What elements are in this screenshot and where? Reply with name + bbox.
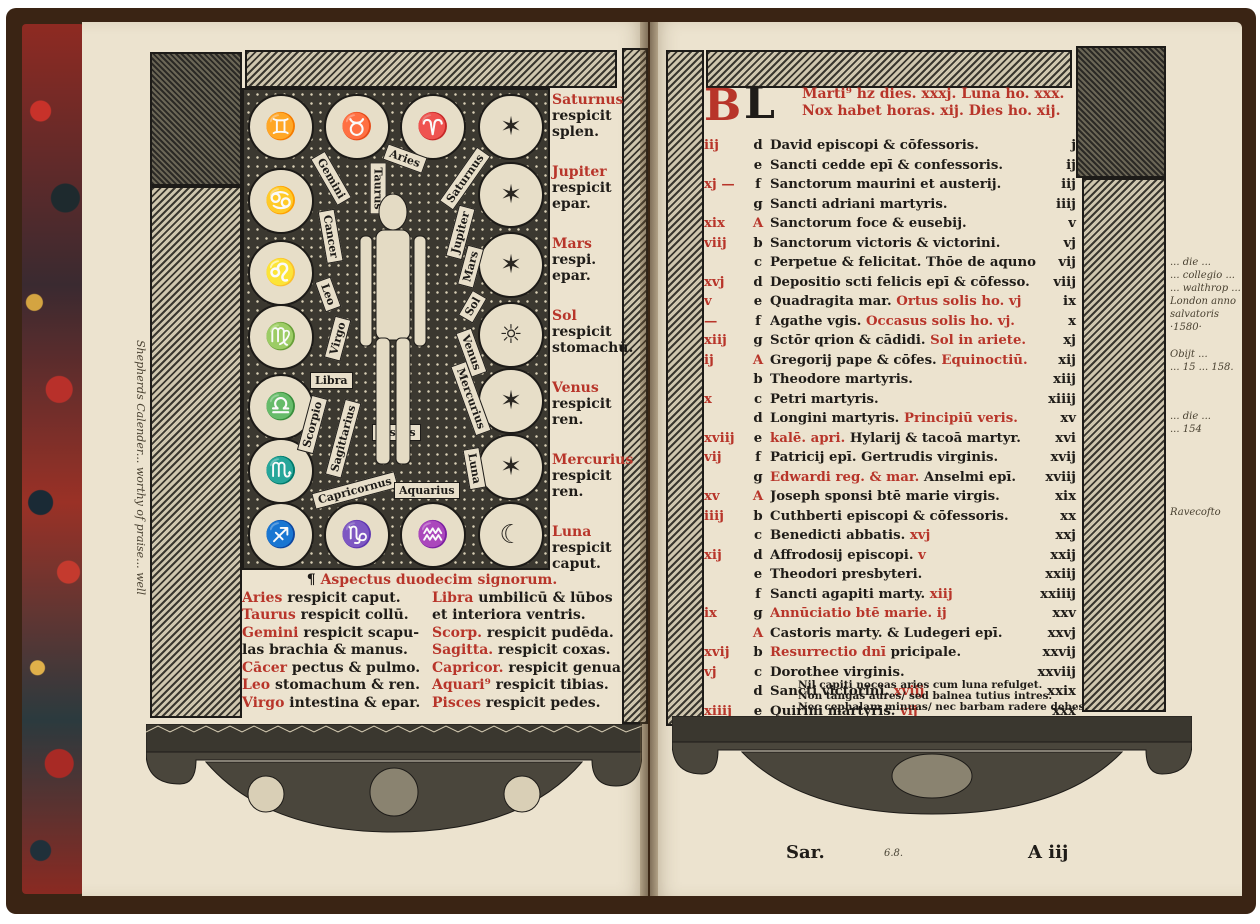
calendar-row: eSancti cedde epī & confessoris.ij bbox=[704, 156, 1076, 176]
day-number: xij bbox=[1036, 351, 1076, 371]
feast-text: Resurrectio dnī pricipale. bbox=[770, 643, 1036, 663]
dominical-letter: A bbox=[746, 624, 770, 644]
pencil-foliation: 6.8. bbox=[884, 848, 903, 859]
pilcrow-icon: ¶ bbox=[307, 572, 321, 588]
golden-number: v bbox=[704, 292, 746, 312]
aspect-line: Virgo intestina & epar. bbox=[242, 695, 432, 713]
golden-number: xiij bbox=[704, 331, 746, 351]
calendar-row: xvijbResurrectio dnī pricipale. xxvij bbox=[704, 643, 1076, 663]
calendar-row: xijdAffrodosij episcopi. vxxij bbox=[704, 546, 1076, 566]
feast-name: Sanctorum foce & eusebij. bbox=[770, 216, 967, 231]
golden-number: vij bbox=[704, 448, 746, 468]
feast-name: Theodore martyris. bbox=[770, 372, 913, 387]
virgo-medallion: ♍ bbox=[248, 304, 314, 370]
day-number: xiij bbox=[1036, 370, 1076, 390]
feast-name: Affrodosij episcopi. bbox=[770, 548, 918, 563]
dominical-letter: e bbox=[746, 292, 770, 312]
feast-name: David episcopi & cōfessoris. bbox=[770, 138, 979, 153]
feast-name: Anselmi epī. bbox=[924, 470, 1016, 485]
golden-number: xv bbox=[704, 487, 746, 507]
feast-text: Sancti agapiti marty. xiij bbox=[770, 585, 1036, 605]
handwritten-margin-note-left: Shepherds Calender... worthy of praise..… bbox=[133, 340, 147, 600]
feast-name: Sctōr qrion & cādidi. bbox=[770, 333, 930, 348]
month-heading: Marti⁹ hz dies. xxxj. Luna ho. xxx. Nox … bbox=[802, 86, 1064, 120]
dominical-letter: d bbox=[746, 546, 770, 566]
day-number: xxvij bbox=[1036, 643, 1076, 663]
feast-name: Sanctorum maurini et austerij. bbox=[770, 177, 1001, 192]
golden-number: xvj bbox=[704, 273, 746, 293]
aspect-line: Leo stomachum & ren. bbox=[242, 677, 432, 695]
aspect-column-left: Aries respicit caput. Taurus respicit co… bbox=[242, 590, 432, 713]
calendar-row: xj —fSanctorum maurini et austerij.iij bbox=[704, 175, 1076, 195]
calendar-row: bTheodore martyris.xiij bbox=[704, 370, 1076, 390]
feast-text: Affrodosij episcopi. v bbox=[770, 546, 1036, 566]
ornamental-border-left bbox=[150, 186, 242, 718]
aspect-line: Aries respicit caput. bbox=[242, 590, 432, 608]
calendar-row: xcPetri martyris.xiiij bbox=[704, 390, 1076, 410]
day-number: iij bbox=[1036, 175, 1076, 195]
dominical-letter: f bbox=[746, 175, 770, 195]
dominical-letter: g bbox=[746, 331, 770, 351]
ornamental-border-gutter-right bbox=[666, 50, 704, 726]
day-number: v bbox=[1036, 214, 1076, 234]
day-number: xxj bbox=[1036, 526, 1076, 546]
feast-text: Sancti adriani martyris. bbox=[770, 195, 1036, 215]
feast-name: Longini martyris. bbox=[770, 411, 904, 426]
calendar-row: xvAJoseph sponsi btē marie virgis.xix bbox=[704, 487, 1076, 507]
dominical-letter: g bbox=[746, 604, 770, 624]
day-number: xxij bbox=[1036, 546, 1076, 566]
calendar-row: dLongini martyris. Principiū veris.xv bbox=[704, 409, 1076, 429]
aspectus-signorum-block: ¶ Aspectus duodecim signorum. Aries resp… bbox=[242, 572, 622, 712]
anatomical-man-figure bbox=[354, 190, 432, 470]
feast-name: Quadragita mar. bbox=[770, 294, 896, 309]
golden-number bbox=[704, 253, 746, 273]
rubric-text: Sol in ariete. bbox=[930, 333, 1026, 348]
dominical-letter: d bbox=[746, 682, 770, 702]
rubric-text: Principiū veris. bbox=[904, 411, 1018, 426]
feast-text: Sancti cedde epī & confessoris. bbox=[770, 156, 1036, 176]
feast-text: Cuthberti episcopi & cōfessoris. bbox=[770, 507, 1036, 527]
aspect-line: Aquari⁹ respicit tibias. bbox=[432, 677, 622, 695]
day-number: iiij bbox=[1036, 195, 1076, 215]
planet-entry-mercurius: Mercurius respicit ren. bbox=[552, 452, 626, 500]
feast-text: Petri martyris. bbox=[770, 390, 1036, 410]
golden-number bbox=[704, 624, 746, 644]
calendar-row: ACastoris marty. & Ludegeri epī.xxvj bbox=[704, 624, 1076, 644]
feast-text: Longini martyris. Principiū veris. bbox=[770, 409, 1036, 429]
calendar-row: —fAgathe vgis. Occasus solis ho. vj.x bbox=[704, 312, 1076, 332]
day-number: xvij bbox=[1036, 448, 1076, 468]
golden-number: vj bbox=[704, 663, 746, 683]
feast-text: Annūciatio btē marie. ij bbox=[770, 604, 1036, 624]
golden-number: viij bbox=[704, 234, 746, 254]
dominical-letter: b bbox=[746, 234, 770, 254]
feast-text: kalē. apri. Hylarij & tacoā martyr. bbox=[770, 429, 1036, 449]
feast-text: Theodori presbyteri. bbox=[770, 565, 1036, 585]
aries-medallion: ♈ bbox=[400, 94, 466, 160]
golden-number bbox=[704, 195, 746, 215]
leo-medallion: ♌ bbox=[248, 240, 314, 306]
label-libra: Libra bbox=[310, 372, 353, 389]
planet-entry-jupiter: Jupiter respicit epar. bbox=[552, 164, 626, 212]
feast-text: David episcopi & cōfessoris. bbox=[770, 136, 1036, 156]
aspect-line: Cācer pectus & pulmo. bbox=[242, 660, 432, 678]
feast-text: Depositio scti felicis epī & cōfesso. bbox=[770, 273, 1036, 293]
day-number: ij bbox=[1036, 156, 1076, 176]
feast-name: Dorothee virginis. bbox=[770, 665, 905, 680]
aspect-line: et interiora ventris. bbox=[432, 607, 622, 625]
label-virgo: Virgo bbox=[324, 315, 352, 361]
aspect-line: Libra umbilicū & lūbos bbox=[432, 590, 622, 608]
day-number: xv bbox=[1036, 409, 1076, 429]
day-number: vij bbox=[1036, 253, 1076, 273]
calendar-row: cPerpetue & felicitat. Thōe de aquno.vij bbox=[704, 253, 1076, 273]
rubric-text: Annūciatio btē marie. ij bbox=[770, 606, 947, 621]
gutter-shadow bbox=[640, 22, 658, 896]
rubric-text: Ortus solis ho. vj bbox=[896, 294, 1021, 309]
sun-medallion: ☼ bbox=[478, 302, 544, 368]
day-number: vj bbox=[1036, 234, 1076, 254]
dominical-letter: c bbox=[746, 663, 770, 683]
planet-entry-luna: Luna respicit caput. bbox=[552, 524, 626, 572]
lion-mask-ornament bbox=[146, 724, 642, 834]
day-number: xj bbox=[1036, 331, 1076, 351]
dominical-letter: g bbox=[746, 468, 770, 488]
golden-number: ij bbox=[704, 351, 746, 371]
feast-name: Sanctorum victoris & victorini. bbox=[770, 236, 1000, 251]
calendar-row: iiijbCuthberti episcopi & cōfessoris.xx bbox=[704, 507, 1076, 527]
golden-number: xvij bbox=[704, 643, 746, 663]
march-calendar: B L Marti⁹ hz dies. xxxj. Luna ho. xxx. … bbox=[704, 86, 1076, 741]
rubric-text: Resurrectio dnī bbox=[770, 645, 891, 660]
rubric-text: Edwardi reg. & mar. bbox=[770, 470, 924, 485]
day-number: xx bbox=[1036, 507, 1076, 527]
calendar-row: ijAGregorij pape & cōfes. Equinoctiū.xij bbox=[704, 351, 1076, 371]
dominical-letter: d bbox=[746, 273, 770, 293]
planet-entry-venus: Venus respicit ren. bbox=[552, 380, 626, 428]
golden-number bbox=[704, 526, 746, 546]
planet-entry-sol: Sol respicit stomachū. bbox=[552, 308, 626, 356]
aspect-line: Gemini respicit scapu- bbox=[242, 625, 432, 643]
feast-text: Castoris marty. & Ludegeri epī. bbox=[770, 624, 1036, 644]
saint-woodcut-top-left bbox=[150, 52, 242, 186]
feast-text: Sctōr qrion & cādidi. Sol in ariete. bbox=[770, 331, 1036, 351]
day-number: xiiij bbox=[1036, 390, 1076, 410]
golden-number: xix bbox=[704, 214, 746, 234]
calendar-rows: iijdDavid episcopi & cōfessoris.jeSancti… bbox=[704, 136, 1076, 741]
feast-name: Benedicti abbatis. bbox=[770, 528, 910, 543]
aspect-line: Scorp. respicit pudēda. bbox=[432, 625, 622, 643]
ornamental-border-top bbox=[245, 50, 617, 88]
feast-text: Patricij epī. Gertrudis virginis. bbox=[770, 448, 1036, 468]
calendar-row: iijdDavid episcopi & cōfessoris.j bbox=[704, 136, 1076, 156]
aspect-line: Taurus respicit collū. bbox=[242, 607, 432, 625]
feast-text: Gregorij pape & cōfes. Equinoctiū. bbox=[770, 351, 1036, 371]
golden-number bbox=[704, 156, 746, 176]
capricorn-medallion: ♑ bbox=[324, 502, 390, 568]
feast-name: Joseph sponsi btē marie virgis. bbox=[770, 489, 1000, 504]
star-medallion: ✶ bbox=[478, 434, 544, 500]
calendar-row: eTheodori presbyteri.xxiij bbox=[704, 565, 1076, 585]
feast-text: Benedicti abbatis. xvj bbox=[770, 526, 1036, 546]
day-number: xvi bbox=[1036, 429, 1076, 449]
dominical-letter: b bbox=[746, 643, 770, 663]
feast-text: Sanctorum maurini et austerij. bbox=[770, 175, 1036, 195]
feast-name: pricipale. bbox=[891, 645, 962, 660]
moon-medallion: ☾ bbox=[478, 502, 544, 568]
aquarius-medallion: ♒ bbox=[400, 502, 466, 568]
rubric-text: xiij bbox=[930, 587, 953, 602]
feast-text: Sanctorum foce & eusebij. bbox=[770, 214, 1036, 234]
dominical-letter: e bbox=[746, 429, 770, 449]
golden-number: — bbox=[704, 312, 746, 332]
calendar-row: vijfPatricij epī. Gertrudis virginis.xvi… bbox=[704, 448, 1076, 468]
feast-name: Sancti adriani martyris. bbox=[770, 197, 947, 212]
aspect-line: las brachia & manus. bbox=[242, 642, 432, 660]
dominical-letter: e bbox=[746, 565, 770, 585]
dominical-letter: e bbox=[746, 156, 770, 176]
rubric-text: Equinoctiū. bbox=[941, 353, 1027, 368]
calendar-row: ixgAnnūciatio btē marie. ijxxv bbox=[704, 604, 1076, 624]
feast-name: Petri martyris. bbox=[770, 392, 879, 407]
calendar-row: gSancti adriani martyris.iiij bbox=[704, 195, 1076, 215]
dominical-letter: A bbox=[746, 214, 770, 234]
day-number: ix bbox=[1036, 292, 1076, 312]
saint-woodcut-top-right bbox=[1076, 46, 1166, 178]
feast-text: Perpetue & felicitat. Thōe de aquno. bbox=[770, 253, 1036, 273]
calendar-row: xviijekalē. apri. Hylarij & tacoā martyr… bbox=[704, 429, 1076, 449]
feast-name: Sancti cedde epī & confessoris. bbox=[770, 158, 1003, 173]
sagittarius-medallion: ♐ bbox=[248, 502, 314, 568]
feast-text: Agathe vgis. Occasus solis ho. vj. bbox=[770, 312, 1036, 332]
star-medallion: ✶ bbox=[478, 232, 544, 298]
feast-name: Patricij epī. Gertrudis virginis. bbox=[770, 450, 998, 465]
golden-number: ix bbox=[704, 604, 746, 624]
planet-entry-saturnus: Saturnus respicit splen. bbox=[552, 92, 626, 140]
cancer-medallion: ♋ bbox=[248, 168, 314, 234]
planet-aspects-column: Saturnus respicit splen. Jupiter respici… bbox=[552, 92, 626, 596]
calendar-row: xixASanctorum foce & eusebij.v bbox=[704, 214, 1076, 234]
calendar-header: B L Marti⁹ hz dies. xxxj. Luna ho. xxx. … bbox=[704, 86, 1076, 136]
dominical-letter: g bbox=[746, 195, 770, 215]
dominical-letter: c bbox=[746, 526, 770, 546]
calendar-row: xiijgSctōr qrion & cādidi. Sol in ariete… bbox=[704, 331, 1076, 351]
label-gemini: Gemini bbox=[310, 151, 352, 207]
taurus-medallion: ♉ bbox=[324, 94, 390, 160]
feast-name: Perpetue & felicitat. Thōe de aquno. bbox=[770, 255, 1036, 270]
marbled-endpaper bbox=[22, 24, 84, 894]
day-number: xxvj bbox=[1036, 624, 1076, 644]
golden-number: iiij bbox=[704, 507, 746, 527]
aspect-line: Sagitta. respicit coxas. bbox=[432, 642, 622, 660]
day-number: j bbox=[1036, 136, 1076, 156]
label-aquarius: Aquarius bbox=[394, 482, 460, 499]
dominical-letter: c bbox=[746, 253, 770, 273]
dominical-letter: c bbox=[746, 390, 770, 410]
golden-number bbox=[704, 468, 746, 488]
calendar-row: viijbSanctorum victoris & victorini.vj bbox=[704, 234, 1076, 254]
feast-name: Agathe vgis. bbox=[770, 314, 866, 329]
aspect-column-right: Libra umbilicū & lūbos et interiora vent… bbox=[432, 590, 622, 713]
calendar-row: cBenedicti abbatis. xvjxxj bbox=[704, 526, 1076, 546]
feast-name: Cuthberti episcopi & cōfessoris. bbox=[770, 509, 1009, 524]
dominical-letter: d bbox=[746, 136, 770, 156]
feast-name: Depositio scti felicis epī & cōfesso. bbox=[770, 275, 1030, 290]
aspect-title: ¶ Aspectus duodecim signorum. bbox=[242, 572, 622, 590]
ornamental-border-right bbox=[1082, 178, 1166, 712]
handwritten-margin-notes-right: ... die ... ... collegio ... ... walthro… bbox=[1170, 256, 1248, 519]
rubric-text: xvj bbox=[910, 528, 930, 543]
golden-number bbox=[704, 409, 746, 429]
bottom-ornament-right bbox=[672, 716, 1192, 816]
dominical-letter: b bbox=[746, 370, 770, 390]
dominical-letter: b bbox=[746, 507, 770, 527]
day-number: xviij bbox=[1036, 468, 1076, 488]
calendar-row: xvjdDepositio scti felicis epī & cōfesso… bbox=[704, 273, 1076, 293]
day-number: x bbox=[1036, 312, 1076, 332]
golden-number bbox=[704, 682, 746, 702]
rubric-text: Occasus solis ho. vj. bbox=[866, 314, 1015, 329]
calendar-row: gEdwardi reg. & mar. Anselmi epī.xviij bbox=[704, 468, 1076, 488]
feast-text: Quadragita mar. Ortus solis ho. vj bbox=[770, 292, 1036, 312]
day-number: xxv bbox=[1036, 604, 1076, 624]
rubric-text: v bbox=[918, 548, 926, 563]
golden-number bbox=[704, 585, 746, 605]
calendar-row: fSancti agapiti marty. xiijxxiiij bbox=[704, 585, 1076, 605]
dominical-letter: A bbox=[746, 487, 770, 507]
dominical-letter: f bbox=[746, 312, 770, 332]
signature-mark-a-iij: A iij bbox=[1028, 842, 1068, 863]
dominical-letter: d bbox=[746, 409, 770, 429]
dominical-letter: A bbox=[746, 351, 770, 371]
signature-mark-sar: Sar. bbox=[786, 842, 825, 863]
feast-name: Gregorij pape & cōfes. bbox=[770, 353, 941, 368]
feast-name: Hylarij & tacoā martyr. bbox=[850, 431, 1021, 446]
aspect-line: Pisces respicit pedes. bbox=[432, 695, 622, 713]
feast-name: Theodori presbyteri. bbox=[770, 567, 922, 582]
label-cancer: Cancer bbox=[318, 209, 344, 265]
day-number: xxiij bbox=[1036, 565, 1076, 585]
feast-text: Sanctorum victoris & victorini. bbox=[770, 234, 1036, 254]
day-number: viij bbox=[1036, 273, 1076, 293]
feast-name: Castoris marty. & Ludegeri epī. bbox=[770, 626, 1002, 641]
day-number: xxiiij bbox=[1036, 585, 1076, 605]
dominical-letter: f bbox=[746, 448, 770, 468]
calendar-row: veQuadragita mar. Ortus solis ho. vjix bbox=[704, 292, 1076, 312]
golden-number bbox=[704, 565, 746, 585]
zodiac-verse: Nil capiti noceas aries cum luna refulge… bbox=[798, 680, 1088, 713]
feast-text: Edwardi reg. & mar. Anselmi epī. bbox=[770, 468, 1036, 488]
planet-entry-mars: Mars respi. epar. bbox=[552, 236, 626, 284]
feast-text: Theodore martyris. bbox=[770, 370, 1036, 390]
golden-number: iij bbox=[704, 136, 746, 156]
day-number: xix bbox=[1036, 487, 1076, 507]
golden-number: xij bbox=[704, 546, 746, 566]
feast-text: Joseph sponsi btē marie virgis. bbox=[770, 487, 1036, 507]
label-leo: Leo bbox=[315, 277, 342, 313]
feast-name: Sancti agapiti marty. bbox=[770, 587, 930, 602]
initial-l: L bbox=[744, 82, 775, 126]
initial-b: B bbox=[704, 84, 741, 128]
dominical-letter: f bbox=[746, 585, 770, 605]
aspect-line: Capricor. respicit genua bbox=[432, 660, 622, 678]
zodiac-man-woodcut: ♊ ♉ ♈ ✶ ♋ ✶ ♌ ✶ ♍ ☼ ♎ ✶ ♏ ✶ ♐ ♑ ♒ ☾ Gemi… bbox=[242, 88, 550, 570]
golden-number: xviij bbox=[704, 429, 746, 449]
rubric-text: kalē. apri. bbox=[770, 431, 850, 446]
golden-number: x bbox=[704, 390, 746, 410]
star-medallion: ✶ bbox=[478, 162, 544, 228]
golden-number bbox=[704, 370, 746, 390]
golden-number: xj — bbox=[704, 175, 746, 195]
gemini-medallion: ♊ bbox=[248, 94, 314, 160]
star-medallion: ✶ bbox=[478, 94, 544, 160]
